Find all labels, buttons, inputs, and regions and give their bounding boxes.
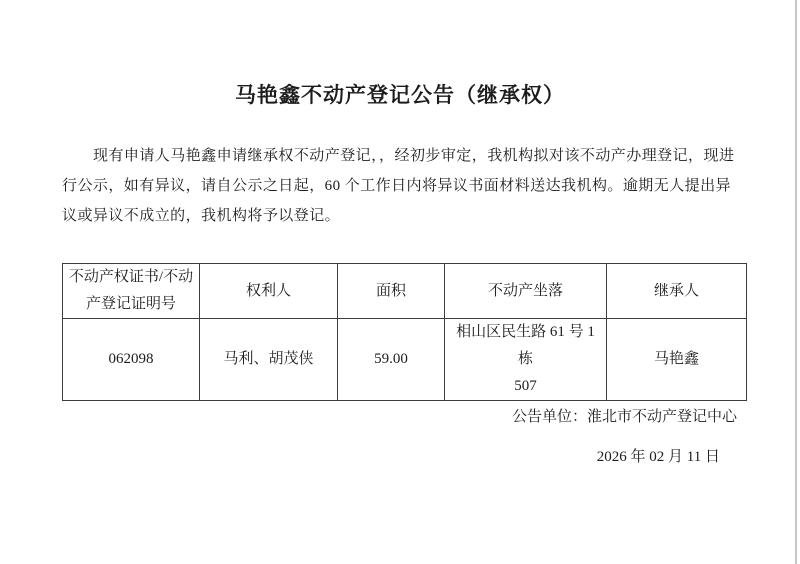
notice-title: 马艳鑫不动产登记公告（继承权） — [0, 0, 800, 110]
header-cell-property-location: 不动产坐落 — [445, 264, 607, 319]
registration-table: 不动产权证书/不动 产登记证明号 权利人 面积 不动产坐落 继承人 062098… — [62, 263, 747, 401]
header-cell-cert-number: 不动产权证书/不动 产登记证明号 — [63, 264, 200, 319]
table-header: 不动产权证书/不动 产登记证明号 权利人 面积 不动产坐落 继承人 — [63, 264, 747, 319]
table-header-row: 不动产权证书/不动 产登记证明号 权利人 面积 不动产坐落 继承人 — [63, 264, 747, 319]
date-line: 2026 年 02 月 11 日 — [0, 443, 800, 471]
header-cell-area: 面积 — [338, 264, 445, 319]
header-cell-rights-holder: 权利人 — [200, 264, 338, 319]
table-row: 062098 马利、胡茂侠 59.00 相山区民生路 61 号 1 栋 507 … — [63, 319, 747, 401]
notice-body-line: 行公示，如有异议，请自公示之日起，60 个工作日内将异议书面材料送达我机构。逾期… — [62, 171, 746, 201]
page-edge-line — [795, 0, 797, 564]
document-page: 马艳鑫不动产登记公告（继承权） 现有申请人马艳鑫申请继承权不动产登记，，经初步审… — [0, 0, 800, 564]
header-cell-heir: 继承人 — [607, 264, 747, 319]
table-body: 062098 马利、胡茂侠 59.00 相山区民生路 61 号 1 栋 507 … — [63, 319, 747, 401]
notice-body: 现有申请人马艳鑫申请继承权不动产登记，，经初步审定，我机构拟对该不动产办理登记，… — [62, 141, 746, 231]
notice-body-line: 现有申请人马艳鑫申请继承权不动产登记，，经初步审定，我机构拟对该不动产办理登记，… — [62, 141, 746, 171]
cell-area: 59.00 — [338, 319, 445, 401]
issuer-line: 公告单位：淮北市不动产登记中心 — [0, 403, 800, 431]
cell-cert-number: 062098 — [63, 319, 200, 401]
cell-heir: 马艳鑫 — [607, 319, 747, 401]
cell-property-location: 相山区民生路 61 号 1 栋 507 — [445, 319, 607, 401]
cell-rights-holder: 马利、胡茂侠 — [200, 319, 338, 401]
notice-body-line: 议或异议不成立的，我机构将予以登记。 — [62, 201, 746, 231]
